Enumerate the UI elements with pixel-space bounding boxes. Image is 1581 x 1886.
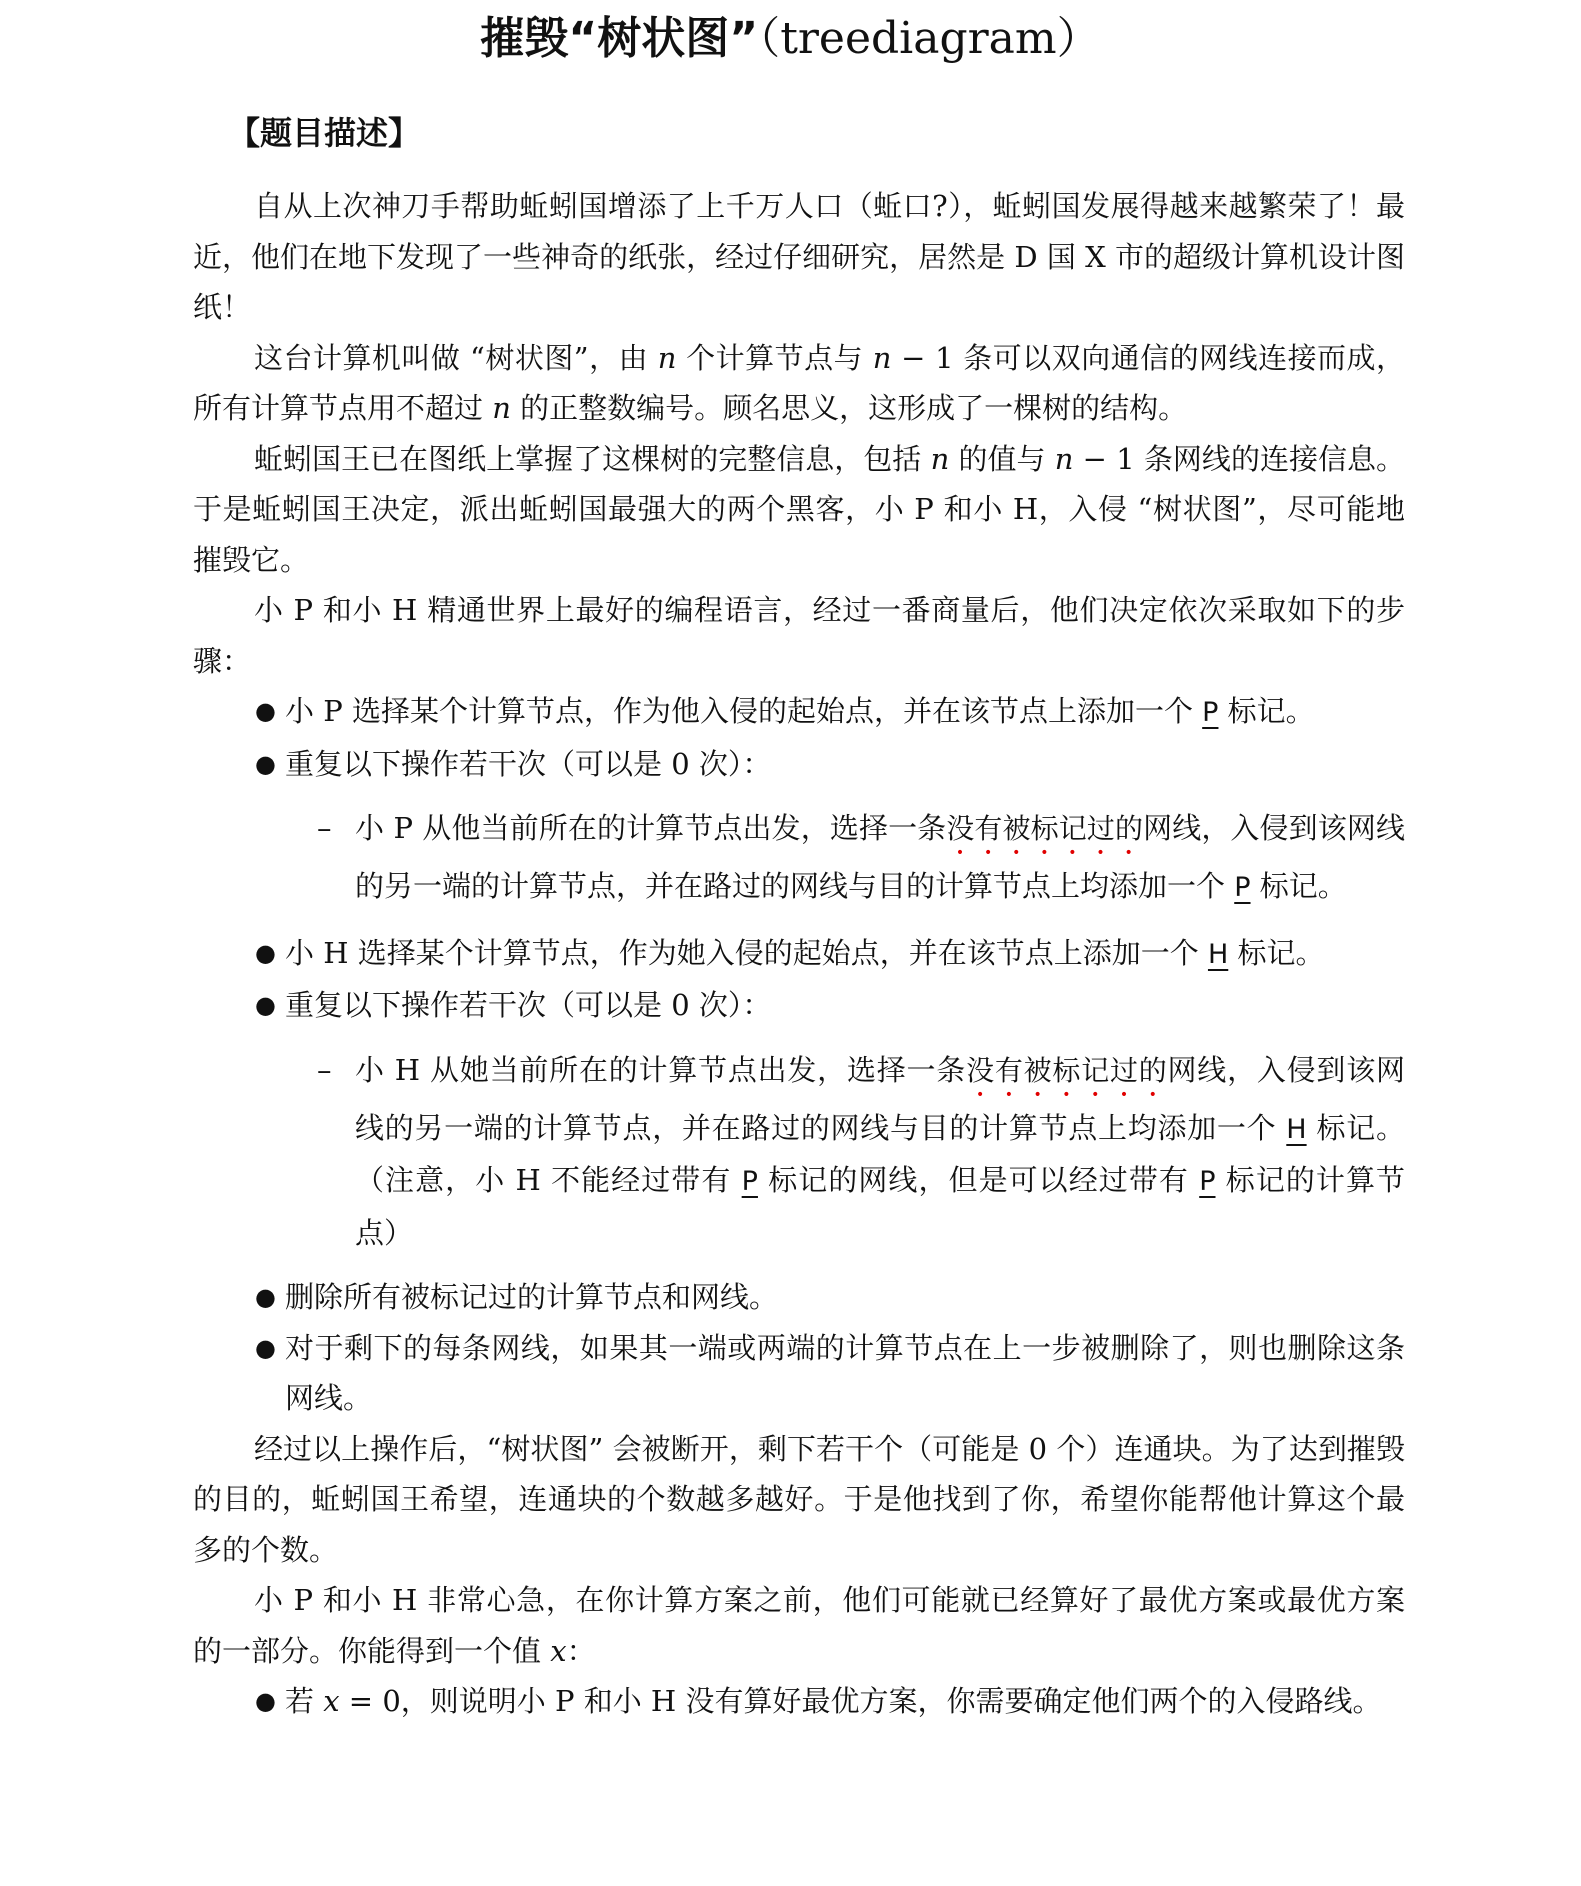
text: 若 [285,1684,323,1718]
list-item-step-2: ●重复以下操作若干次（可以是 0 次）： –小 P 从他当前所在的计算节点出发，… [285,739,1405,914]
list-item-step-1: ●小 P 选择某个计算节点，作为他入侵的起始点，并在该节点上添加一个 P 标记。 [285,686,1405,739]
bullet-icon: ● [255,1323,276,1374]
variable-n: n [931,442,950,476]
marker-p: P [1202,697,1218,728]
dash-icon: – [317,1045,332,1096]
text: 的值与 [949,442,1055,476]
text: 小 H 选择某个计算节点，作为她入侵的起始点，并在该节点上添加一个 [285,936,1208,970]
text: 删除所有被标记过的计算节点和网线。 [285,1280,778,1314]
cases-list: ●若 x = 0，则说明小 P 和小 H 没有算好最优方案，你需要确定他们两个的… [193,1676,1405,1727]
bullet-icon: ● [255,1676,276,1727]
paragraph-tree-definition: 这台计算机叫做 “树状图”，由 n 个计算节点与 n − 1 条可以双向通信的网… [193,333,1405,434]
text: = 0，则说明小 P 和小 H 没有算好最优方案，你需要确定他们两个的入侵路线。 [340,1684,1382,1718]
bullet-icon: ● [255,739,276,790]
problem-description: 自从上次神刀手帮助蚯蚓国增添了上千万人口（蚯口?），蚯蚓国发展得越来越繁荣了！最… [193,181,1405,1727]
section-heading-description: 【题目描述】 [228,108,420,158]
sub-steps-list: –小 P 从他当前所在的计算节点出发，选择一条没有被标记过的网线，入侵到该网线的… [285,803,1405,914]
text: 个计算节点与 [676,341,872,375]
text: 这台计算机叫做 “树状图”，由 [254,341,658,375]
marker-p: P [1234,872,1250,903]
problem-title: 摧毁“树状图”（treediagram） [0,4,1581,74]
text: 小 P 选择某个计算节点，作为他入侵的起始点，并在该节点上添加一个 [285,694,1202,728]
paragraph-king-info: 蚯蚓国王已在图纸上掌握了这棵树的完整信息，包括 n 的值与 n − 1 条网线的… [193,434,1405,586]
paragraph-value-x: 小 P 和小 H 非常心急，在你计算方案之前，他们可能就已经算好了最优方案或最优… [193,1575,1405,1676]
marker-p: P [742,1166,758,1197]
steps-list: ●小 P 选择某个计算节点，作为他入侵的起始点，并在该节点上添加一个 P 标记。… [193,686,1405,1424]
text: 标记。 [1218,694,1314,728]
bullet-icon: ● [255,686,276,737]
emphasized-text: 没有被标记过的 [966,1054,1167,1087]
text: 小 P 从他当前所在的计算节点出发，选择一条 [355,811,946,845]
text: 小 P 和小 H 非常心急，在你计算方案之前，他们可能就已经算好了最优方案或最优… [193,1583,1405,1668]
paragraph-intro: 自从上次神刀手帮助蚯蚓国增添了上千万人口（蚯口?），蚯蚓国发展得越来越繁荣了！最… [193,181,1405,333]
title-chinese: 摧毁“树状图” [480,13,758,64]
list-item-case-x0: ●若 x = 0，则说明小 P 和小 H 没有算好最优方案，你需要确定他们两个的… [285,1676,1405,1727]
variable-x: x [550,1634,566,1668]
dash-icon: – [317,803,332,854]
marker-p: P [1199,1166,1215,1197]
variable-n: n [873,341,892,375]
text: ： [567,1634,596,1668]
list-item-step-3: ●小 H 选择某个计算节点，作为她入侵的起始点，并在该节点上添加一个 H 标记。 [285,928,1405,981]
marker-h: H [1286,1114,1306,1145]
list-item-step-4: ●重复以下操作若干次（可以是 0 次）： –小 H 从她当前所在的计算节点出发，… [285,980,1405,1258]
bullet-icon: ● [255,980,276,1031]
text: 的正整数编号。顾名思义，这形成了一棵树的结构。 [511,391,1187,425]
bullet-icon: ● [255,1272,276,1323]
variable-x: x [323,1684,339,1718]
text: 标记。 [1228,936,1324,970]
paragraph-goal: 经过以上操作后，“树状图” 会被断开，剩下若干个（可能是 0 个）连通块。为了达… [193,1424,1405,1576]
text: 重复以下操作若干次（可以是 0 次）： [285,988,771,1022]
list-item-step-5: ●删除所有被标记过的计算节点和网线。 [285,1272,1405,1323]
text: 标记。 [1251,869,1347,903]
variable-n: n [658,341,677,375]
text: 蚯蚓国王已在图纸上掌握了这棵树的完整信息，包括 [254,442,931,476]
marker-h: H [1208,939,1228,970]
list-item-substep-h: –小 H 从她当前所在的计算节点出发，选择一条没有被标记过的网线，入侵到该网线的… [355,1045,1405,1259]
emphasized-text: 没有被标记过的 [946,812,1143,845]
sub-steps-list: –小 H 从她当前所在的计算节点出发，选择一条没有被标记过的网线，入侵到该网线的… [285,1045,1405,1259]
variable-n: n [1055,442,1074,476]
text: 重复以下操作若干次（可以是 0 次）： [285,747,771,781]
text: 标记的网线，但是可以经过带有 [758,1163,1199,1197]
list-item-step-6: ●对于剩下的每条网线，如果其一端或两端的计算节点在上一步被删除了，则也删除这条网… [285,1323,1405,1424]
paragraph-steps-intro: 小 P 和小 H 精通世界上最好的编程语言，经过一番商量后，他们决定依次采取如下… [193,585,1405,686]
variable-n: n [492,391,511,425]
list-item-substep-p: –小 P 从他当前所在的计算节点出发，选择一条没有被标记过的网线，入侵到该网线的… [355,803,1405,914]
text: 对于剩下的每条网线，如果其一端或两端的计算节点在上一步被删除了，则也删除这条网线… [285,1331,1405,1416]
bullet-icon: ● [255,928,276,979]
title-latin: （treediagram） [758,13,1100,64]
text: 小 H 从她当前所在的计算节点出发，选择一条 [355,1053,966,1087]
